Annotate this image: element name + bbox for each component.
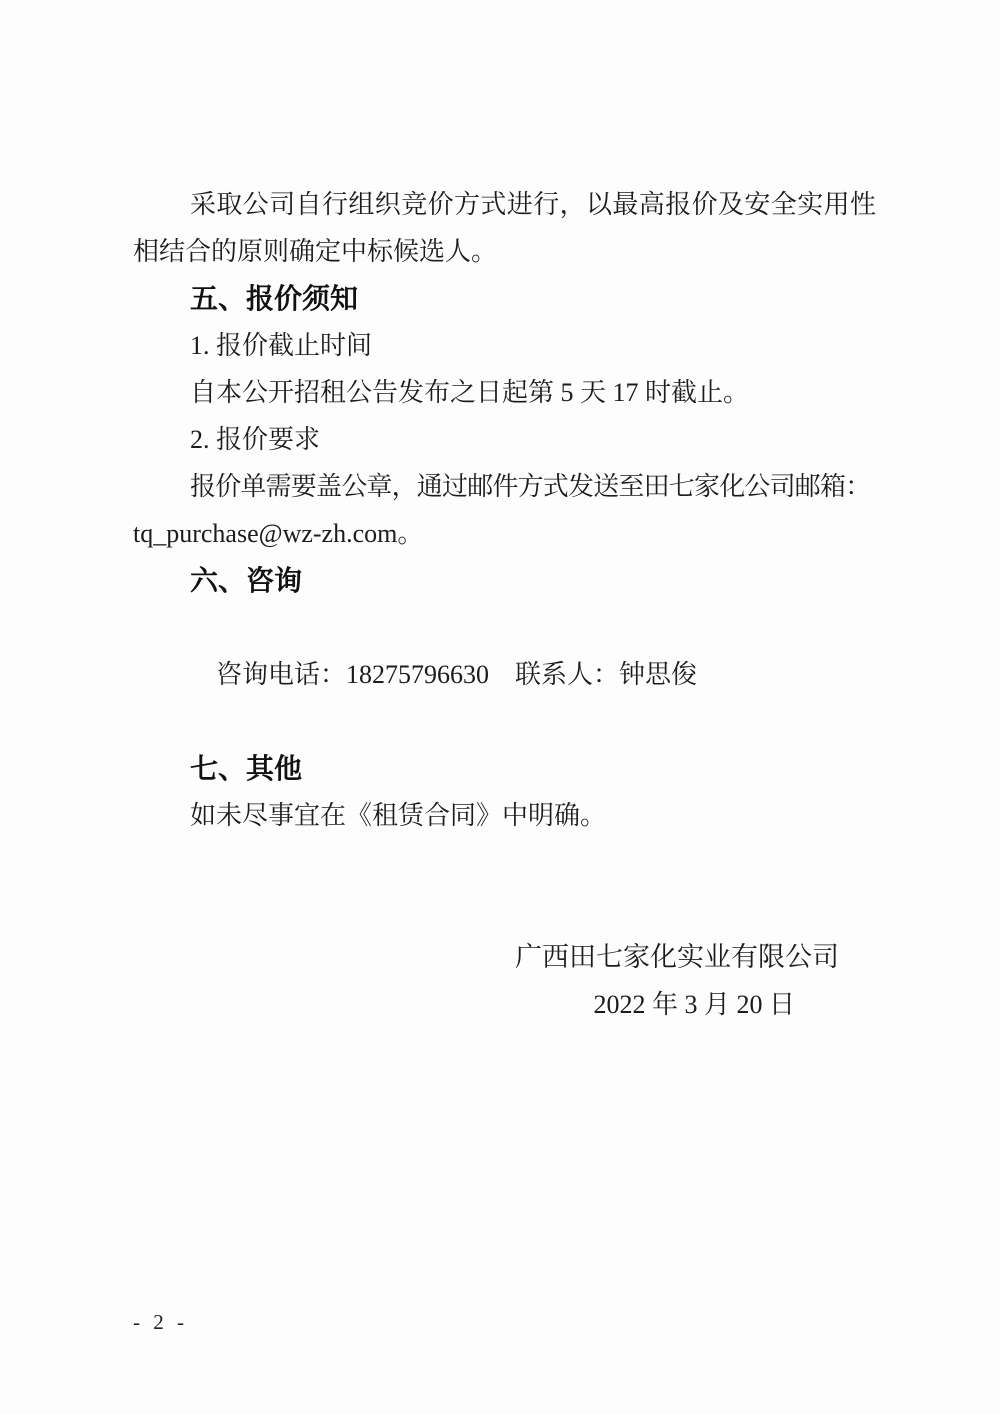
intro-paragraph-line-1: 采取公司自行组织竞价方式进行，以最高报价及安全实用性 bbox=[133, 181, 878, 228]
section-7-body: 如未尽事宜在《租赁合同》中明确。 bbox=[133, 792, 878, 839]
contact-label: 联系人： bbox=[515, 660, 619, 689]
page-number: - 2 - bbox=[133, 1308, 188, 1336]
intro-paragraph-line-2: 相结合的原则确定中标候选人。 bbox=[133, 228, 878, 275]
email-address: tq_purchase@wz-zh.com。 bbox=[133, 510, 878, 557]
section-7-heading: 七、其他 bbox=[133, 745, 878, 792]
section-5-item-2-title: 2. 报价要求 bbox=[133, 416, 878, 463]
section-6-heading: 六、咨询 bbox=[133, 557, 878, 604]
phone-number: 18275796630 bbox=[346, 660, 489, 689]
document-body: 采取公司自行组织竞价方式进行，以最高报价及安全实用性 相结合的原则确定中标候选人… bbox=[133, 181, 878, 1028]
signature-date: 2022 年 3 月 20 日 bbox=[133, 981, 878, 1028]
section-5-heading: 五、报价须知 bbox=[133, 275, 878, 322]
section-5-item-1-title: 1. 报价截止时间 bbox=[133, 322, 878, 369]
section-5-item-1-body: 自本公开招租公告发布之日起第 5 天 17 时截止。 bbox=[133, 369, 878, 416]
signature-company-name: 广西田七家化实业有限公司 bbox=[133, 934, 878, 981]
signature-block: 广西田七家化实业有限公司 2022 年 3 月 20 日 bbox=[133, 934, 878, 1028]
contact-name: 钟思俊 bbox=[619, 660, 697, 689]
contact-line: 咨询电话：18275796630联系人：钟思俊 bbox=[133, 604, 878, 745]
section-5-item-2-body: 报价单需要盖公章，通过邮件方式发送至田七家化公司邮箱： bbox=[133, 463, 878, 510]
document-page: { "document": { "intro_paragraph": { "li… bbox=[0, 0, 1000, 1414]
phone-label: 咨询电话： bbox=[216, 660, 346, 689]
